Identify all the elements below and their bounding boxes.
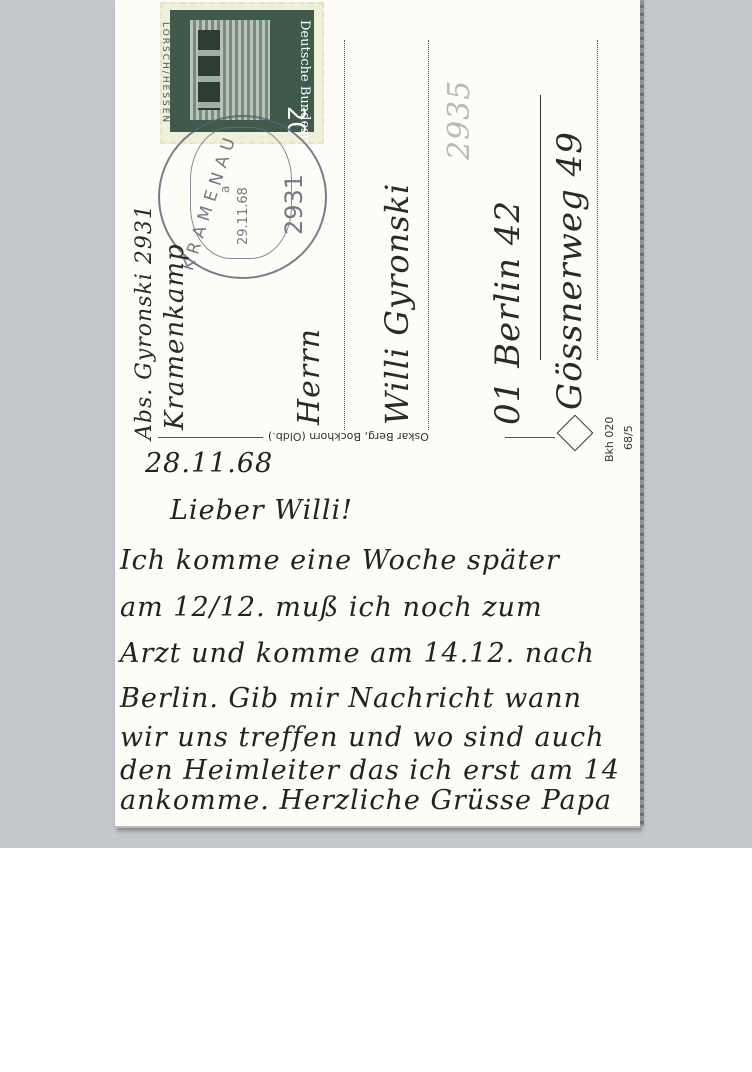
message-line-2: am 12/12. muß ich noch zum xyxy=(120,592,543,623)
message-line-4: Berlin. Gib mir Nachricht wann xyxy=(120,683,582,714)
recipient-line-4: Gössnerweg 49 xyxy=(550,131,590,410)
sender-line-2: Kramenkamp xyxy=(160,243,190,430)
publisher-imprint: Oskar Berg, Bockhorn (Oldb.) xyxy=(268,430,429,443)
address-line-1 xyxy=(344,40,345,430)
postmark-date: 29.11.68 xyxy=(236,187,251,245)
recipient-line-1: Herrn xyxy=(292,328,327,425)
divider-left xyxy=(158,437,263,438)
postmark-code: 2931 xyxy=(280,174,308,235)
postmark-letter: a xyxy=(218,186,232,193)
stamp-arches-icon xyxy=(198,30,220,110)
stamp-image: Deutsche Bundespost 20 xyxy=(170,10,314,132)
message-line-6: den Heimleiter das ich erst am 14 xyxy=(120,755,620,786)
address-line-4 xyxy=(597,40,598,360)
recipient-line-2: Willi Gyronski xyxy=(378,183,416,425)
message-line-1: Ich komme eine Woche später xyxy=(120,545,560,576)
recipient-line-3: 01 Berlin 42 xyxy=(488,200,528,425)
message-line-3: Arzt und komme am 14.12. nach xyxy=(120,638,595,669)
address-underline xyxy=(540,95,541,360)
pencil-note: 2935 xyxy=(442,80,477,160)
divider-right xyxy=(505,437,555,438)
message-line-5: wir uns treffen und wo sind auch xyxy=(120,722,604,753)
imprint-code-2: 68/5 xyxy=(622,425,635,450)
card-edge xyxy=(640,0,644,826)
message-greeting: Lieber Willi! xyxy=(170,495,353,526)
sender-line-1: Abs. Gyronski 2931 xyxy=(132,204,157,440)
imprint-code-1: Bkh 020 xyxy=(603,417,616,462)
stamp-place: LORSCH/HESSEN xyxy=(160,22,170,124)
message-line-7: ankomme. Herzliche Grüsse Papa xyxy=(120,785,612,816)
address-line-2 xyxy=(428,40,429,430)
message-date: 28.11.68 xyxy=(145,448,273,479)
